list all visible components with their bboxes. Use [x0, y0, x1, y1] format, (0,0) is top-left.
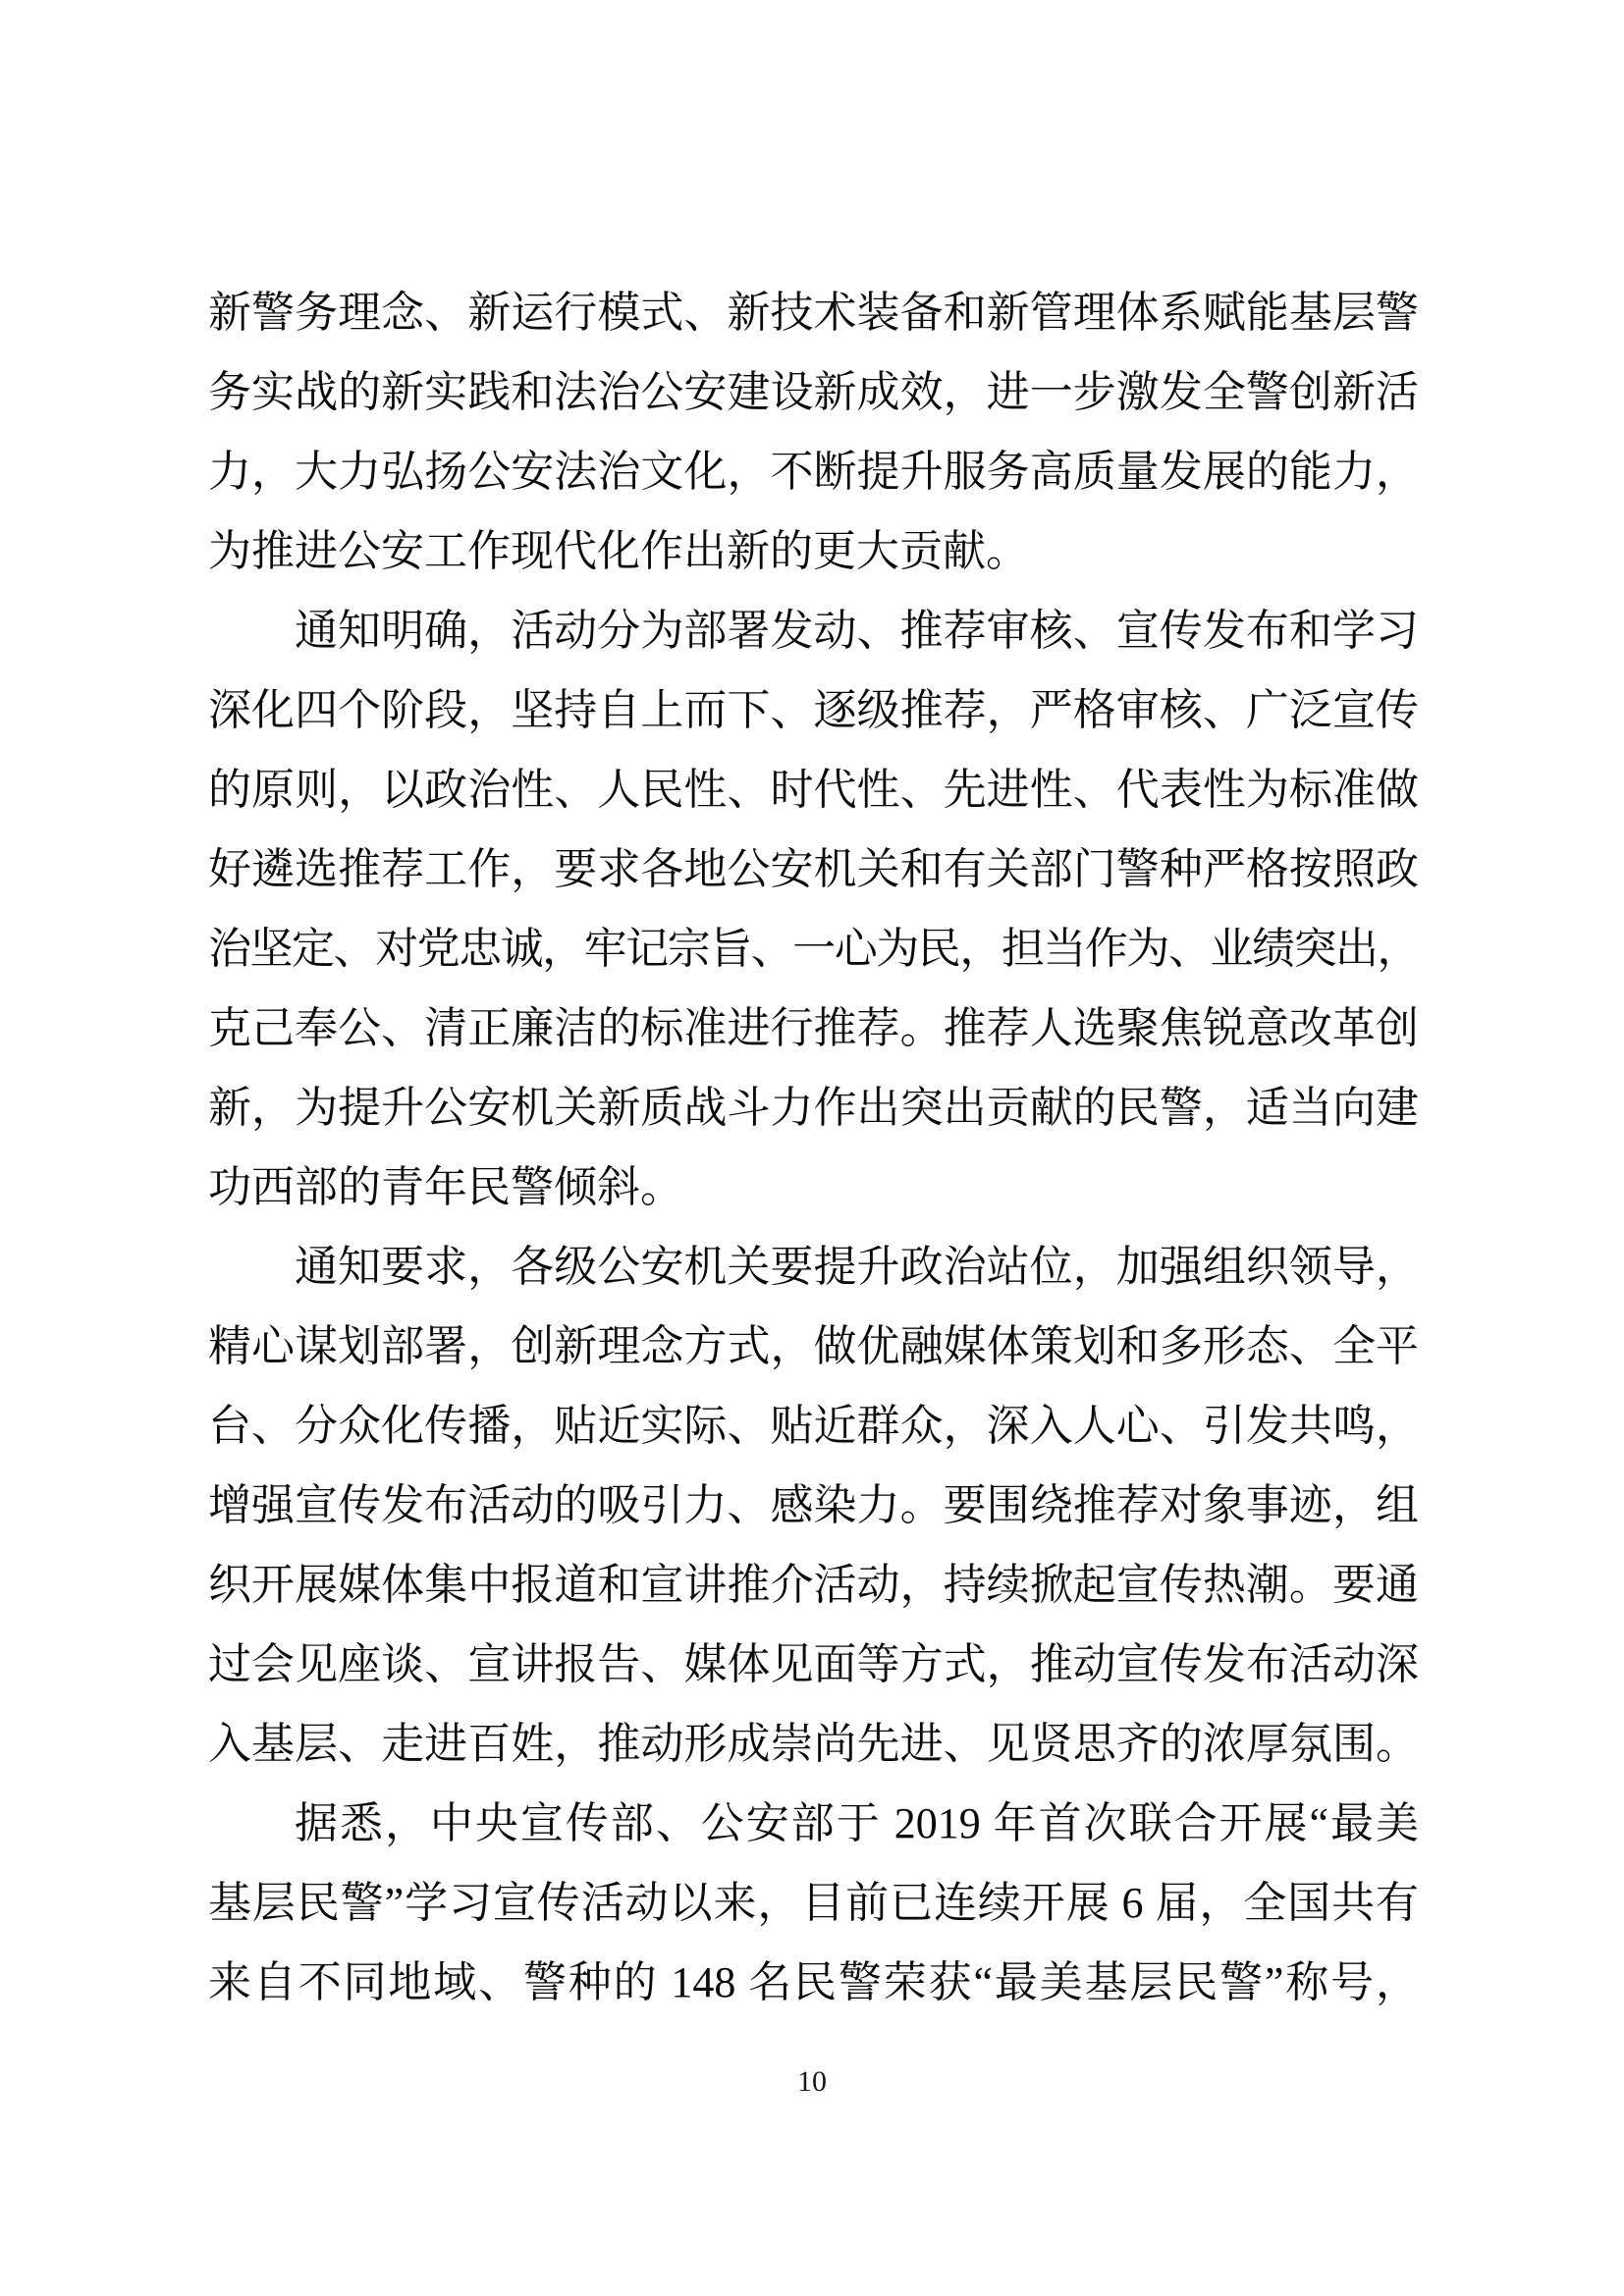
paragraph-2: 通知明确，活动分为部署发动、推荐审核、宣传发布和学习 深化四个阶段，坚持自上而下… [208, 591, 1419, 1227]
text-line: 好遴选推荐工作，要求各地公安机关和有关部门警种严格按照政 [208, 829, 1419, 909]
text-line: 务实战的新实践和法治公安建设新成效，进一步激发全警创新活 [208, 352, 1419, 432]
text-line: 通知要求，各级公安机关要提升政治站位，加强组织领导， [208, 1227, 1419, 1307]
page-number: 10 [0, 2065, 1624, 2099]
paragraph-3: 通知要求，各级公安机关要提升政治站位，加强组织领导， 精心谋划部署，创新理念方式… [208, 1227, 1419, 1784]
text-line: 为推进公安工作现代化作出新的更大贡献。 [208, 511, 1419, 591]
document-page: 新警务理念、新运行模式、新技术装备和新管理体系赋能基层警 务实战的新实践和法治公… [0, 0, 1624, 2296]
text-line: 的原则，以政治性、人民性、时代性、先进性、代表性为标准做 [208, 750, 1419, 829]
body-text: 新警务理念、新运行模式、新技术装备和新管理体系赋能基层警 务实战的新实践和法治公… [208, 273, 1419, 2022]
text-line: 增强宣传发布活动的吸引力、感染力。要围绕推荐对象事迹，组 [208, 1466, 1419, 1545]
text-line: 基层民警”学习宣传活动以来，目前已连续开展 6 届，全国共有 [208, 1863, 1419, 1943]
text-line: 据悉，中央宣传部、公安部于 2019 年首次联合开展“最美 [208, 1784, 1419, 1863]
text-line: 通知明确，活动分为部署发动、推荐审核、宣传发布和学习 [208, 591, 1419, 670]
text-line: 治坚定、对党忠诚，牢记宗旨、一心为民，担当作为、业绩突出， [208, 909, 1419, 988]
text-line: 新，为提升公安机关新质战斗力作出突出贡献的民警，适当向建 [208, 1068, 1419, 1148]
text-line: 力，大力弘扬公安法治文化，不断提升服务高质量发展的能力， [208, 432, 1419, 511]
text-line: 功西部的青年民警倾斜。 [208, 1148, 1419, 1227]
text-line: 台、分众化传播，贴近实际、贴近群众，深入人心、引发共鸣， [208, 1386, 1419, 1466]
text-line: 克己奉公、清正廉洁的标准进行推荐。推荐人选聚焦锐意改革创 [208, 988, 1419, 1068]
paragraph-1: 新警务理念、新运行模式、新技术装备和新管理体系赋能基层警 务实战的新实践和法治公… [208, 273, 1419, 591]
paragraph-4: 据悉，中央宣传部、公安部于 2019 年首次联合开展“最美 基层民警”学习宣传活… [208, 1784, 1419, 2022]
text-line: 入基层、走进百姓，推动形成崇尚先进、见贤思齐的浓厚氛围。 [208, 1704, 1419, 1784]
text-line: 新警务理念、新运行模式、新技术装备和新管理体系赋能基层警 [208, 273, 1419, 352]
text-line: 织开展媒体集中报道和宣讲推介活动，持续掀起宣传热潮。要通 [208, 1545, 1419, 1625]
text-line: 精心谋划部署，创新理念方式，做优融媒体策划和多形态、全平 [208, 1307, 1419, 1386]
text-line: 深化四个阶段，坚持自上而下、逐级推荐，严格审核、广泛宣传 [208, 670, 1419, 750]
text-line: 过会见座谈、宣讲报告、媒体见面等方式，推动宣传发布活动深 [208, 1625, 1419, 1704]
text-line: 来自不同地域、警种的 148 名民警荣获“最美基层民警”称号， [208, 1943, 1419, 2022]
